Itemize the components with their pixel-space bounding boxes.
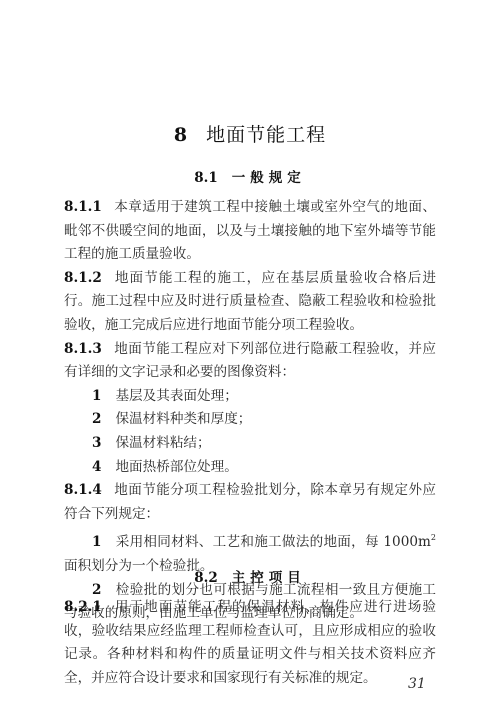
section-8-2-body: 8.2.1用于地面节能工程的保温材料、构件应进行进场验收，验收结果应经监理工程师… [64,596,436,690]
clause-number: 8.1.2 [64,270,102,286]
section-title-8-2: 8.2主控项目 [0,566,500,586]
clause-number: 8.1.3 [64,341,102,357]
item-text: 基层及其表面处理； [115,388,237,404]
section-number: 8.1 [194,170,218,186]
section-number: 8.2 [194,570,218,586]
clause-8-2-1: 8.2.1用于地面节能工程的保温材料、构件应进行进场验收，验收结果应经监理工程师… [64,596,436,690]
chapter-title-text: 地面节能工程 [206,124,326,146]
section-8-1-body: 8.1.1本章适用于建筑工程中接触土壤或室外空气的地面、毗邻不供暖空间的地面，以… [64,196,436,626]
item-number: 1 [92,388,101,404]
item-text: 保温材料种类和厚度； [115,411,251,427]
item-text: 采用相同材料、工艺和施工做法的地面，每 1000m [115,534,430,550]
clause-text: 用于地面节能工程的保温材料、构件应进行进场验收，验收结果应经监理工程师检查认可，… [64,599,436,686]
item-number: 1 [92,534,101,550]
item-text: 地面热桥部位处理。 [115,459,237,475]
document-page: 8地面节能工程 8.1一般规定 8.1.1本章适用于建筑工程中接触土壤或室外空气… [0,0,500,724]
chapter-number: 8 [174,124,188,146]
list-item: 1基层及其表面处理； [64,385,436,409]
clause-text: 本章适用于建筑工程中接触土壤或室外空气的地面、毗邻不供暖空间的地面，以及与土壤接… [64,199,436,262]
clause-8-1-2: 8.1.2地面节能工程的施工，应在基层质量验收合格后进行。施工过程中应及时进行质… [64,267,436,338]
list-item: 2保温材料种类和厚度； [64,408,436,432]
list-item: 3保温材料粘结； [64,432,436,456]
chapter-title: 8地面节能工程 [0,120,500,147]
item-number: 3 [92,435,101,451]
item-text: 保温材料粘结； [115,435,210,451]
clause-text: 地面节能工程应对下列部位进行隐蔽工程验收，并应有详细的文字记录和必要的图像资料： [64,341,436,381]
item-number: 2 [92,411,101,427]
clause-number: 8.1.1 [64,199,102,215]
page-number: 31 [408,676,426,692]
clause-8-1-3: 8.1.3地面节能工程应对下列部位进行隐蔽工程验收，并应有详细的文字记录和必要的… [64,338,436,385]
clause-number: 8.1.4 [64,482,102,498]
section-title-text: 一般规定 [232,170,306,186]
section-title-text: 主控项目 [232,570,306,586]
clause-text: 地面节能分项工程检验批划分，除本章另有规定外应符合下列规定： [64,482,436,522]
clause-text: 地面节能工程的施工，应在基层质量验收合格后进行。施工过程中应及时进行质量检查、隐… [64,270,436,333]
section-title-8-1: 8.1一般规定 [0,166,500,186]
item-number: 4 [92,459,101,475]
list-item: 4地面热桥部位处理。 [64,456,436,480]
clause-number: 8.2.1 [64,599,102,615]
clause-8-1-1: 8.1.1本章适用于建筑工程中接触土壤或室外空气的地面、毗邻不供暖空间的地面，以… [64,196,436,267]
superscript: 2 [431,533,436,542]
clause-8-1-4: 8.1.4地面节能分项工程检验批划分，除本章另有规定外应符合下列规定： [64,479,436,526]
